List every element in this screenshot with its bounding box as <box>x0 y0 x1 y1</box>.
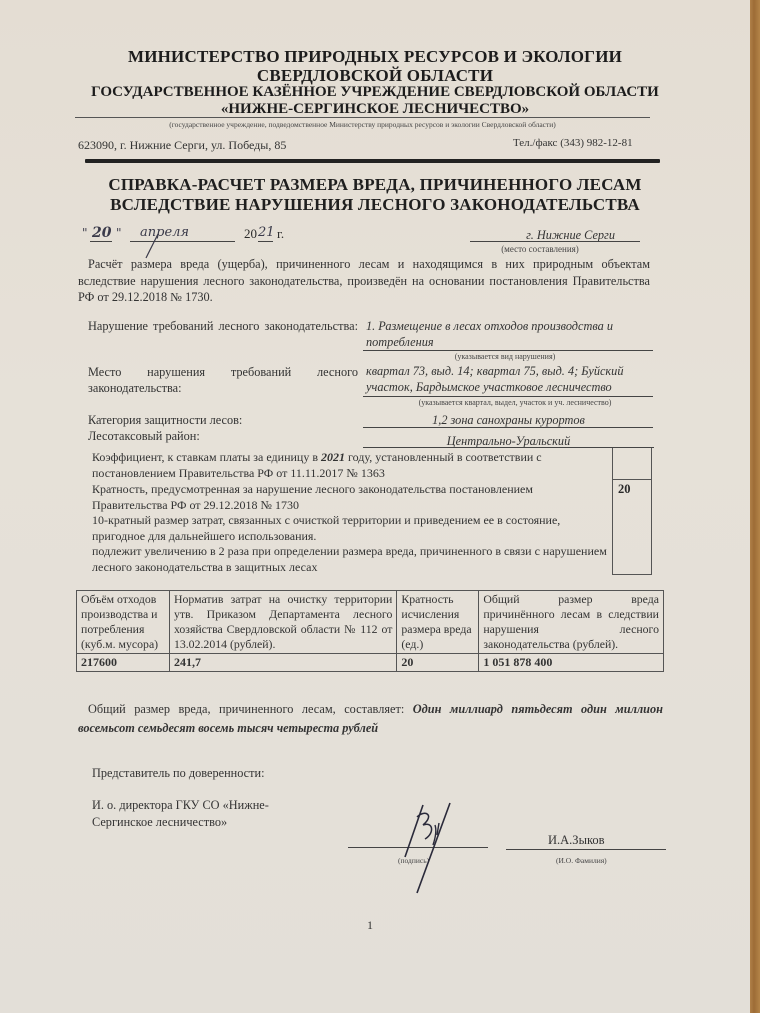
date-year-underline <box>258 241 273 242</box>
date-close-quote: " <box>116 226 122 240</box>
cell-waste-volume: 217600 <box>77 654 170 672</box>
field-underline-protection <box>363 427 653 428</box>
field-value-location: квартал 73, выд. 14; квартал 75, выд. 4;… <box>366 363 656 395</box>
coefficient-text: Коэффициент, к ставкам платы за единицу … <box>92 450 607 481</box>
header-total-damage: Общий размер вреда причинённого лесам в … <box>479 591 664 654</box>
institution-name-line2: «НИЖНЕ-СЕРГИНСКОЕ ЛЕСНИЧЕСТВО» <box>0 101 750 118</box>
name-hint: (И.О. Фамилия) <box>556 856 607 865</box>
position-line1: И. о. директора ГКУ СО «Нижне- <box>92 797 269 814</box>
field-value-violation: 1. Размещение в лесах отходов производст… <box>366 318 646 350</box>
table-row: 217600 241,7 20 1 051 878 400 <box>77 654 664 672</box>
header-multiplicity: Кратность исчисления размера вреда (ед.) <box>397 591 479 654</box>
document-title-line2: ВСЛЕДСТВИЕ НАРУШЕНИЯ ЛЕСНОГО ЗАКОНОДАТЕЛ… <box>0 195 750 215</box>
field-underline-location <box>363 396 653 397</box>
coefficient-value-cell <box>612 447 652 480</box>
coef-box-top-rule <box>604 447 654 448</box>
date-year-prefix: 20 <box>244 226 257 242</box>
page-number: 1 <box>367 918 373 933</box>
multiplicity-text: Кратность, предусмотренная за нарушение … <box>92 482 607 513</box>
handwritten-signature-icon <box>395 795 475 895</box>
subordination-note: (государственное учреждение, подведомств… <box>75 120 650 129</box>
total-label: Общий размер вреда, причиненного лесам, … <box>88 702 413 716</box>
place-underline <box>470 241 640 242</box>
header-cleanup-norm: Норматив затрат на очистку территории ут… <box>169 591 396 654</box>
document-page: МИНИСТЕРСТВО ПРИРОДНЫХ РЕСУРСОВ И ЭКОЛОГ… <box>0 0 750 1013</box>
date-day-underline <box>90 241 112 242</box>
ministry-name-line2: СВЕРДЛОВСКОЙ ОБЛАСТИ <box>0 66 750 86</box>
ministry-name-line1: МИНИСТЕРСТВО ПРИРОДНЫХ РЕСУРСОВ И ЭКОЛОГ… <box>0 47 750 67</box>
damage-calculation-table: Объём отходов производства и потребления… <box>76 590 664 672</box>
date-year-suffix: 21 <box>258 225 275 240</box>
field-label-protection: Категория защитности лесов: <box>88 412 242 428</box>
field-hint-location: (указывается квартал, выдел, участок и у… <box>370 398 660 407</box>
cell-cleanup-norm: 241,7 <box>169 654 396 672</box>
field-underline-violation <box>363 350 653 351</box>
document-title-line1: СПРАВКА-РАСЧЕТ РАЗМЕРА ВРЕДА, ПРИЧИНЕННО… <box>0 175 750 195</box>
header-divider <box>75 117 650 118</box>
cell-total-damage: 1 051 878 400 <box>479 654 664 672</box>
document-date: " 20 " апреля 20 21 г. <box>82 226 322 246</box>
position-line2: Сергинское лесничество» <box>92 814 227 831</box>
multiplicity-value-cell: 20 <box>612 479 652 575</box>
representative-label: Представитель по доверенности: <box>92 765 265 782</box>
date-year-label: г. <box>277 226 284 242</box>
institution-phone: Тел./факс (343) 982-12-81 <box>513 137 633 149</box>
signatory-name: И.А.Зыков <box>548 833 605 848</box>
field-hint-violation: (указывается вид нарушения) <box>420 352 590 361</box>
date-open-quote: " <box>82 226 88 240</box>
table-header-row: Объём отходов производства и потребления… <box>77 591 664 654</box>
header-waste-volume: Объём отходов производства и потребления… <box>77 591 170 654</box>
multiplicity-value: 20 <box>618 482 631 497</box>
field-label-forest-district: Лесотаксовый район: <box>88 428 200 444</box>
field-label-violation: Нарушение требований лесного законодател… <box>88 318 358 334</box>
field-value-protection: 1,2 зона санохраны курортов <box>366 412 651 428</box>
protective-forest-note: подлежит увеличению в 2 раза при определ… <box>92 544 607 575</box>
institution-name-line1: ГОСУДАРСТВЕННОЕ КАЗЁННОЕ УЧРЕЖДЕНИЕ СВЕР… <box>0 84 750 101</box>
cleanup-note: 10-кратный размер затрат, связанных с оч… <box>92 513 607 544</box>
name-line <box>506 849 666 850</box>
intro-paragraph: Расчёт размера вреда (ущерба), причиненн… <box>78 256 650 306</box>
field-label-location: Место нарушения требований лесного закон… <box>88 364 358 396</box>
letterhead-thick-rule <box>85 159 660 163</box>
total-damage-statement: Общий размер вреда, причиненного лесам, … <box>78 700 663 738</box>
date-day: 20 <box>92 225 111 241</box>
cell-multiplicity: 20 <box>397 654 479 672</box>
place-hint: (место составления) <box>490 244 590 254</box>
institution-address: 623090, г. Нижние Серги, ул. Победы, 85 <box>78 138 286 153</box>
